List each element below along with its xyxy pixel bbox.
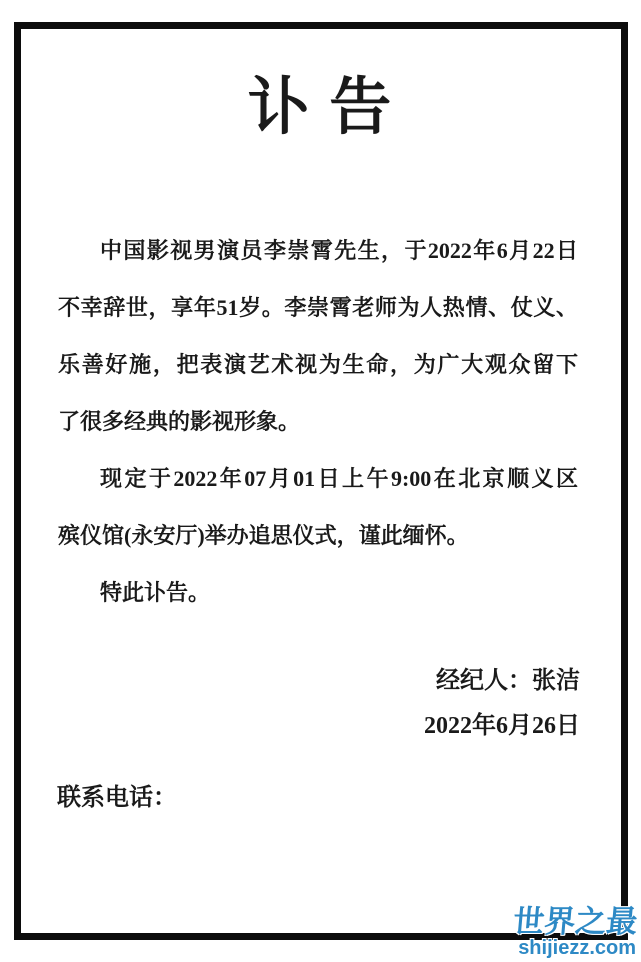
watermark-logo-text: 世界之最 [512, 906, 639, 937]
body-line-5: 现定于2022年07月01日上午9:00在北京顺义区 [58, 450, 578, 507]
notice-title: 讣 告 [0, 72, 641, 144]
notice-body: 中国影视男演员李崇霄先生，于2022年6月22日 不幸辞世，享年51岁。李崇霄老… [58, 222, 578, 621]
signature-date-line: 2022年6月26日 [424, 704, 580, 749]
body-line-4: 了很多经典的影视形象。 [58, 393, 578, 450]
site-watermark: 世界之最 shijiezz.com [512, 906, 636, 960]
body-line-6: 殡仪馆(永安厅)举办追思仪式，谨此缅怀。 [58, 507, 578, 564]
body-line-1: 中国影视男演员李崇霄先生，于2022年6月22日 [58, 222, 578, 279]
signature-block: 经纪人：张洁 2022年6月26日 [424, 659, 580, 749]
contact-phone-label: 联系电话： [57, 782, 177, 814]
signature-agent-line: 经纪人：张洁 [424, 659, 580, 704]
obituary-notice-page: 讣 告 中国影视男演员李崇霄先生，于2022年6月22日 不幸辞世，享年51岁。… [0, 0, 641, 962]
body-line-7: 特此讣告。 [58, 564, 578, 621]
body-line-2: 不幸辞世，享年51岁。李崇霄老师为人热情、仗义、 [58, 279, 578, 336]
body-line-3: 乐善好施，把表演艺术视为生命，为广大观众留下 [58, 336, 578, 393]
watermark-domain-text: shijiezz.com [512, 937, 636, 960]
